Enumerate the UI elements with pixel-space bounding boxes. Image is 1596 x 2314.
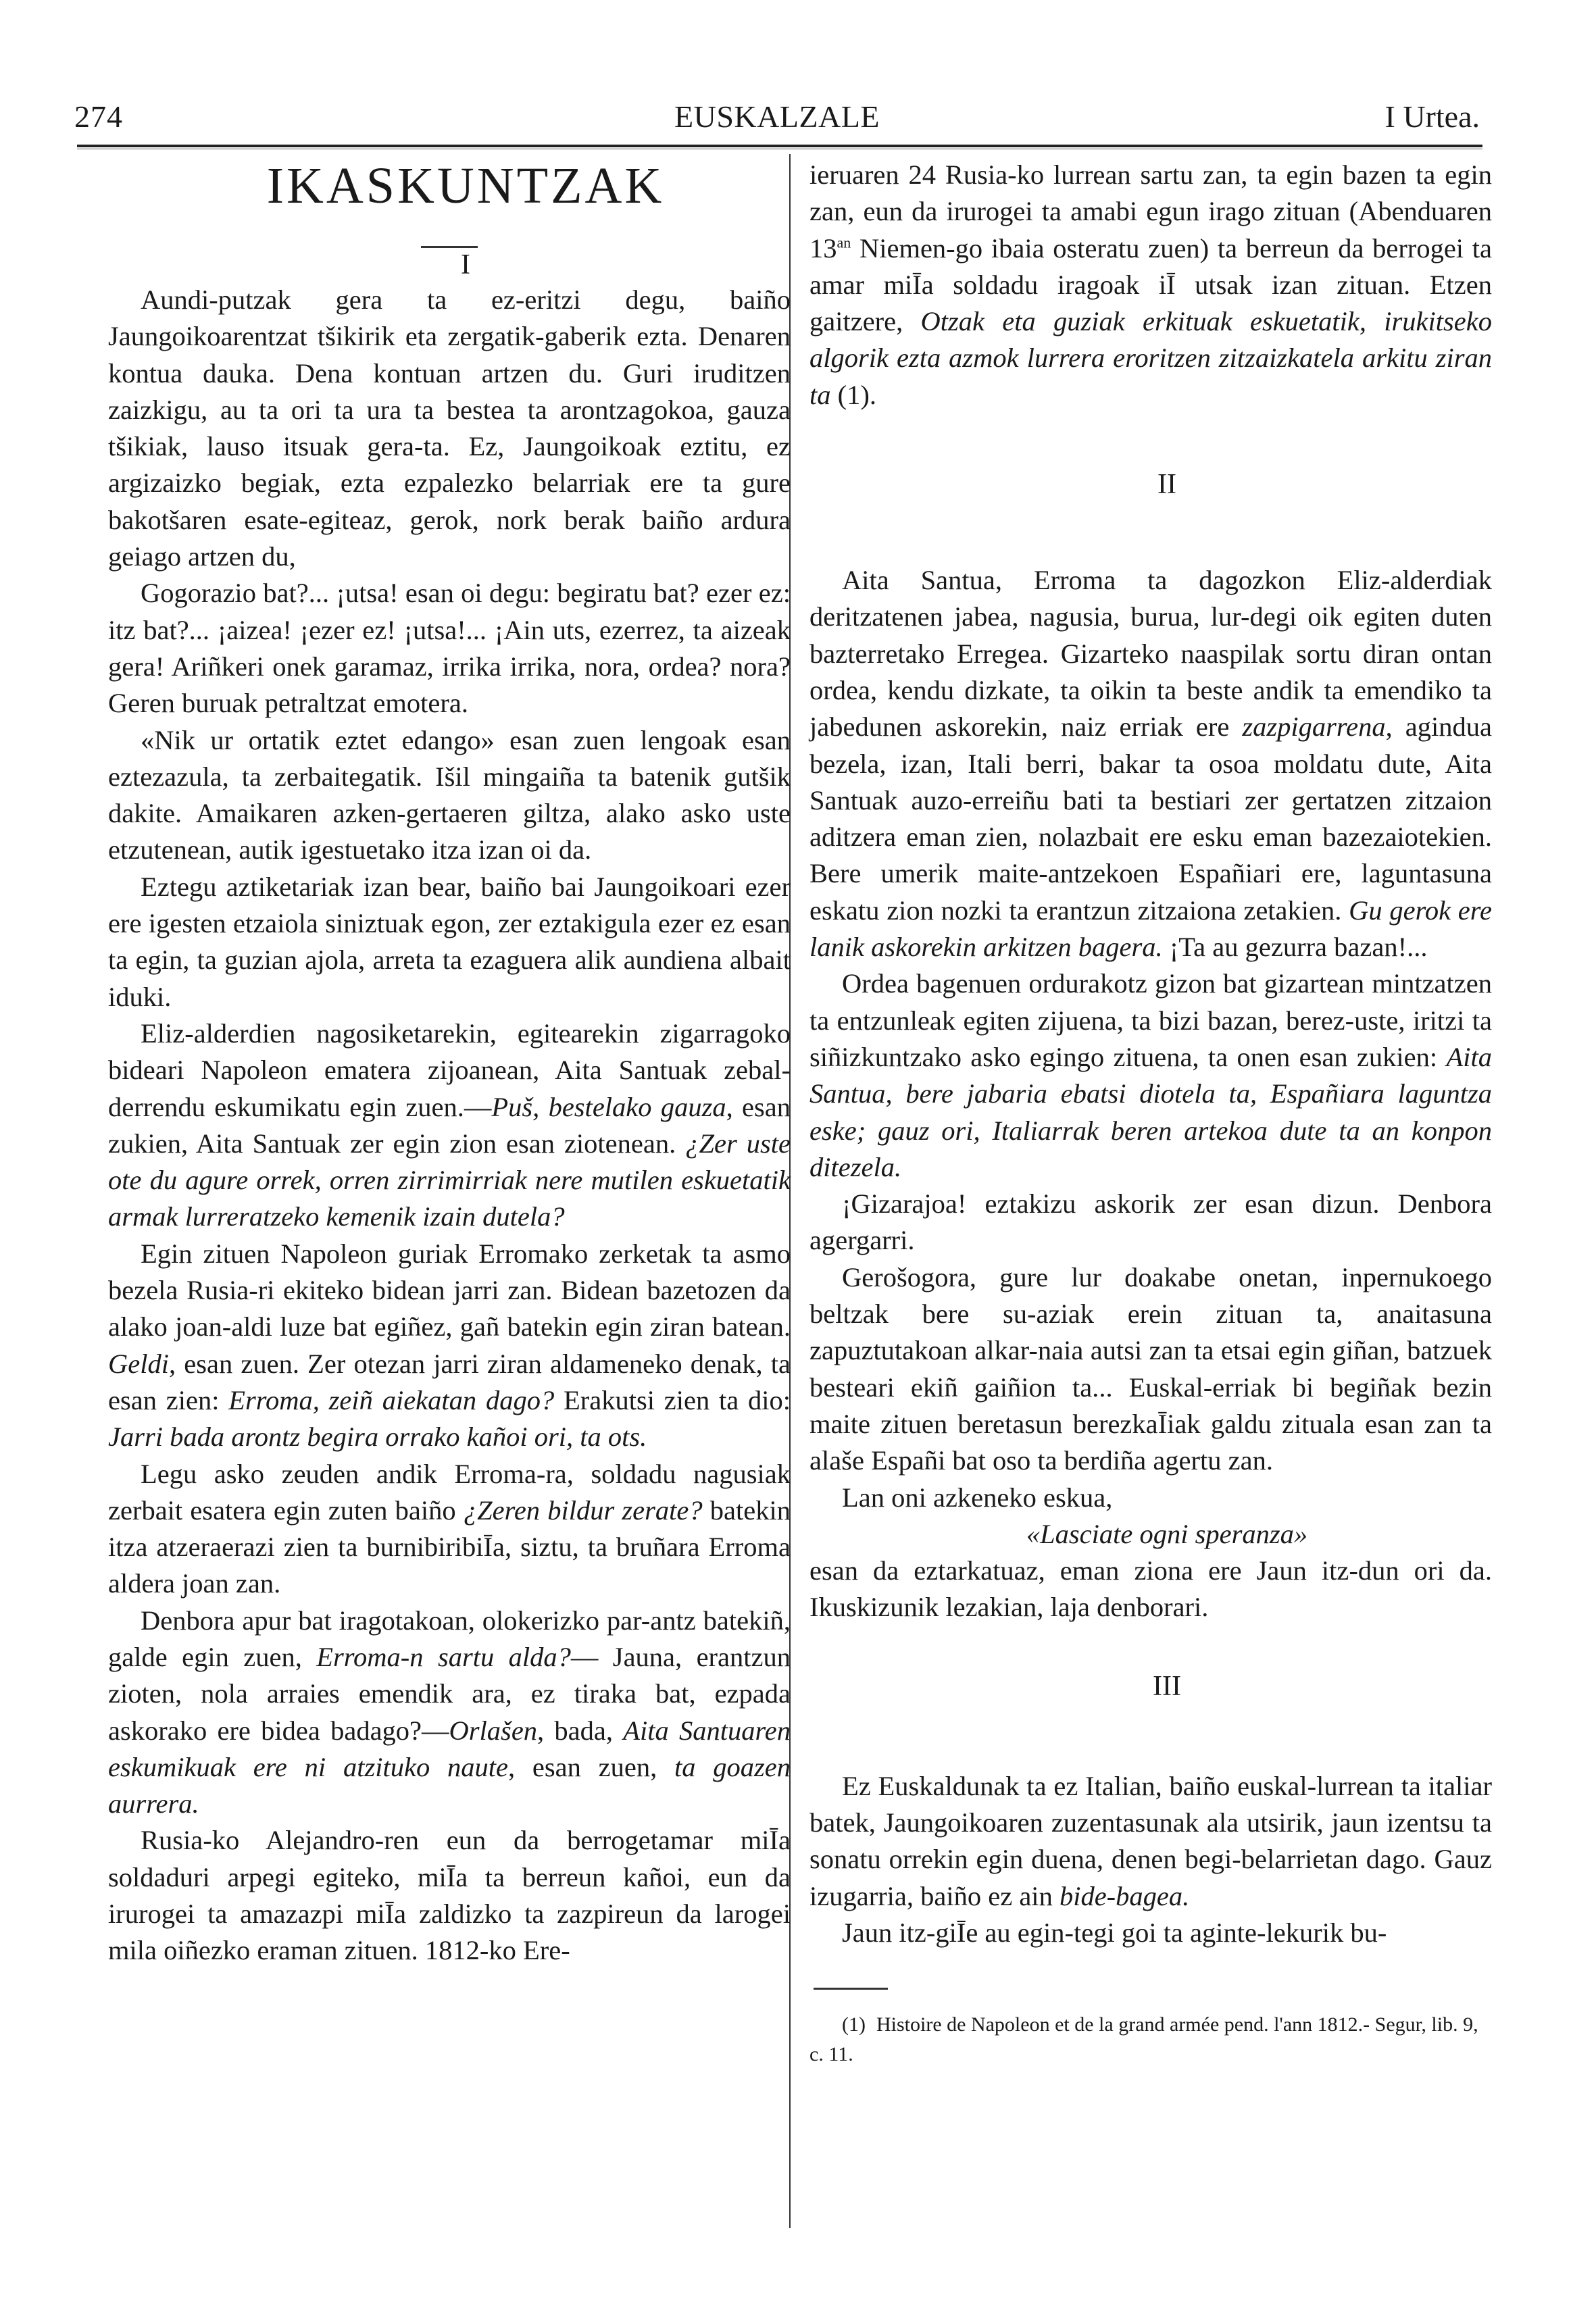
issue-label: I Urtea. (1385, 95, 1480, 139)
paragraph: Rusia-ko Alejandro-ren eun da berrogetam… (108, 1822, 791, 1969)
text-run: , esan zuen, (508, 1752, 674, 1782)
text-run: ¡Ta au gezurra bazan!... (1163, 932, 1428, 962)
italic-run: Orlašen (449, 1715, 538, 1746)
paragraph: ¡Gizarajoa! eztakizu askorik zer esan di… (809, 1186, 1492, 1259)
section-heading-iii: III (809, 1669, 1492, 1703)
paragraph: Legu asko zeuden andik Erroma-ra, soldad… (108, 1456, 791, 1603)
paragraph: Lan oni azkeneko eskua, (809, 1480, 1492, 1516)
italic-run: Erroma, zeiñ aiekatan dago? (228, 1385, 554, 1415)
paragraph: Eztegu aztiketariak izan bear, baiño bai… (108, 869, 791, 1015)
paragraph: Denbora apur bat iragotakoan, olokerizko… (108, 1603, 791, 1823)
text-run: , agindua bezela, izan, Itali berri, bak… (809, 711, 1492, 925)
paragraph: Egin zituen Napoleon guriak Erromako zer… (108, 1236, 791, 1456)
footnote-marker: (1) (842, 2013, 866, 2036)
italic-run: bide-bagea. (1059, 1881, 1189, 1911)
paragraph: Eliz-alderdien nagosiketarekin, egiteare… (108, 1015, 791, 1236)
article-title: IKASKUNTZAK (108, 155, 791, 216)
block-quote: «Lasciate ogni speranza» (809, 1516, 1492, 1553)
paragraph: Ez Euskaldunak ta ez Italian, baiño eusk… (809, 1768, 1492, 1915)
paragraph: ieruaren 24 Rusia-ko lurrean sartu zan, … (809, 157, 1492, 413)
section-heading-i: I (108, 248, 791, 282)
right-column: ieruaren 24 Rusia-ko lurrean sartu zan, … (809, 157, 1492, 2069)
text-run: Egin zituen Napoleon guriak Erromako zer… (108, 1238, 791, 1342)
text-run: Ordea bagenuen ordurakotz gizon bat giza… (809, 968, 1492, 1072)
superscript: an (837, 234, 851, 251)
footnote-text: Histoire de Napoleon et de la grand armé… (809, 2013, 1478, 2065)
header-rule (77, 145, 1482, 149)
italic-run: zazpigarrena (1242, 711, 1385, 742)
paragraph: Aita Santua, Erroma ta dagozkon Eliz-ald… (809, 562, 1492, 965)
italic-run: Geldi (108, 1349, 169, 1379)
footnote-reference[interactable]: (1). (831, 380, 876, 410)
publication-title: EUSKALZALE (74, 95, 1480, 139)
italic-run: ¿Zeren bildur zerate? (464, 1495, 703, 1526)
running-header: 274 EUSKALZALE I Urtea. (74, 95, 1480, 139)
paragraph: Ordea bagenuen ordurakotz gizon bat giza… (809, 965, 1492, 1186)
italic-run: Jarri bada arontz begira orrako kañoi or… (108, 1422, 647, 1452)
paragraph: Jaun itz-giĪe au egin-tegi goi ta aginte… (809, 1915, 1492, 1951)
left-column: IKASKUNTZAK I Aundi-putzak gera ta ez-er… (108, 155, 791, 1969)
paragraph: Gogorazio bat?... ¡utsa! esan oi degu: b… (108, 575, 791, 722)
italic-run: Erroma-n sartu alda? (316, 1642, 571, 1672)
paragraph: Aundi-putzak gera ta ez-eritzi degu, bai… (108, 282, 791, 575)
footnote: (1)Histoire de Napoleon et de la grand a… (809, 2010, 1492, 2069)
paragraph: esan da eztarkatuaz, eman ziona ere Jaun… (809, 1553, 1492, 1626)
paragraph: Gerošogora, gure lur doakabe onetan, inp… (809, 1259, 1492, 1480)
text-run: , bada, (537, 1715, 623, 1746)
italic-run: Puš, bestelako gauza (491, 1092, 726, 1122)
text-run: Erakutsi zien ta dio: (554, 1385, 791, 1415)
paragraph: «Nik ur ortatik eztet edango» esan zuen … (108, 722, 791, 869)
footnote-rule (814, 1988, 888, 1990)
section-heading-ii: II (809, 468, 1492, 501)
